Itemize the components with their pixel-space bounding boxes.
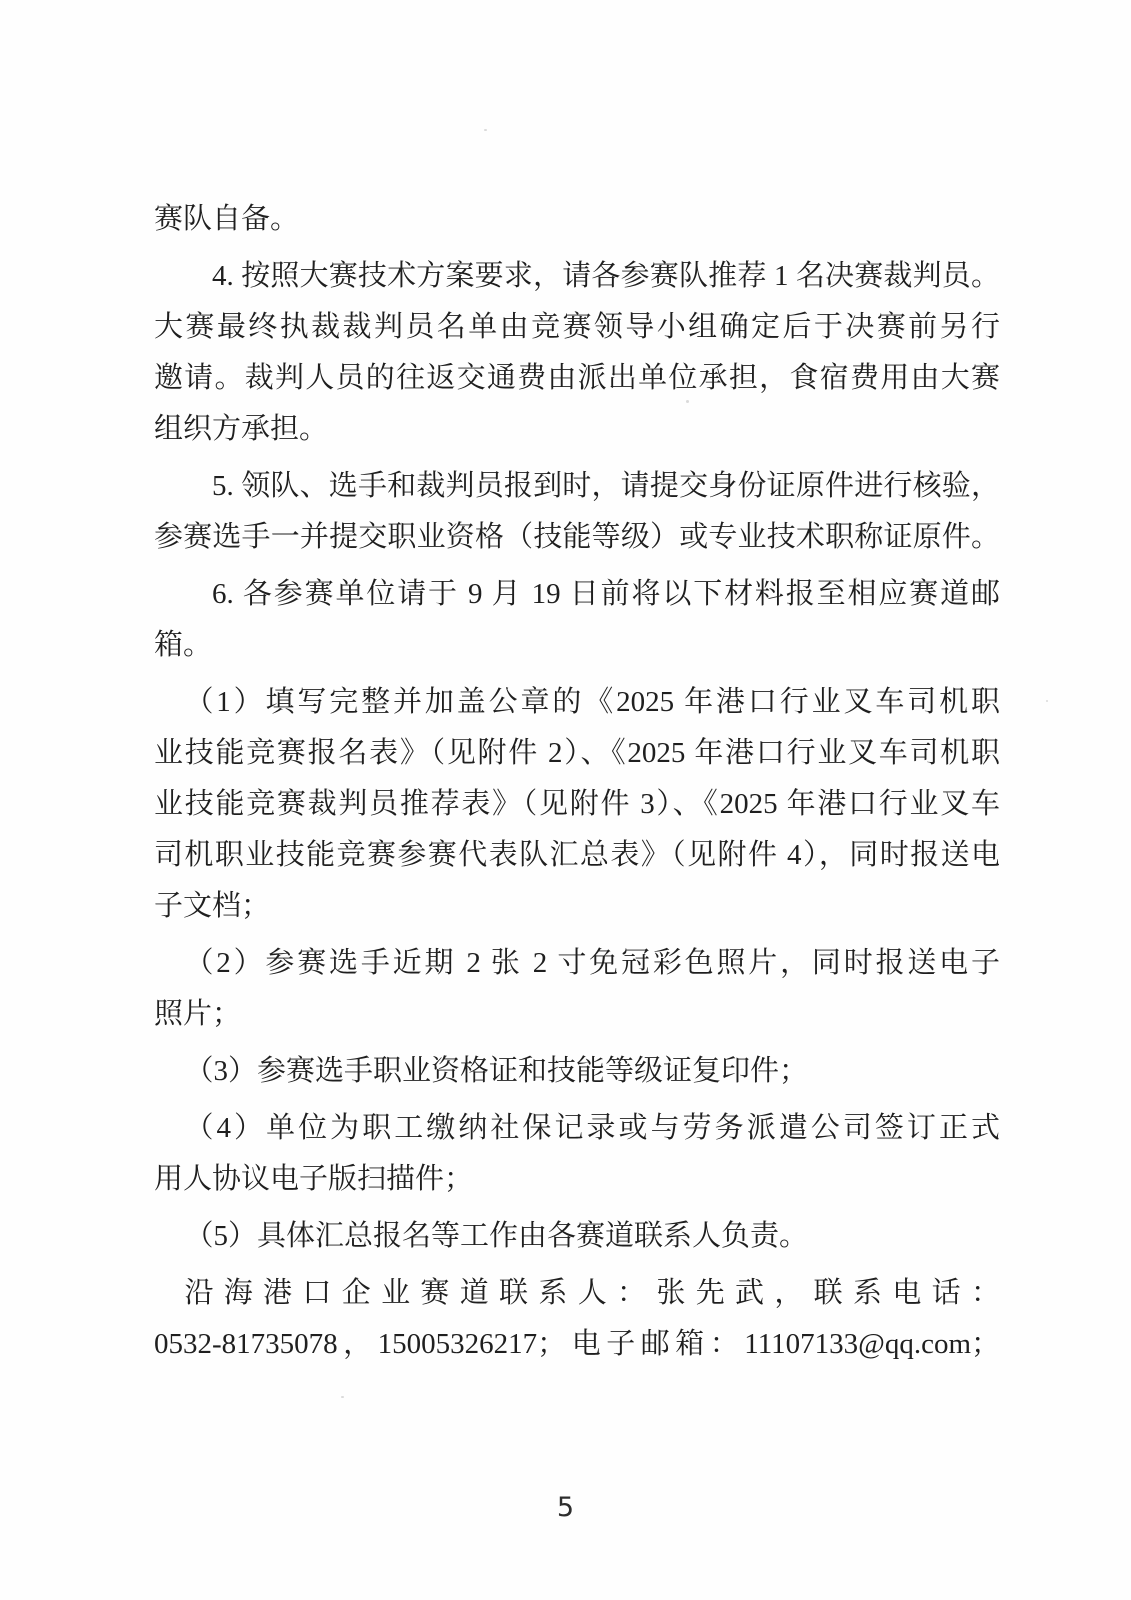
paragraph-item-4: 4. 按照大赛技术方案要求，请各参赛队推荐 1 名决赛裁判员。大赛最终执裁裁判员… <box>154 251 1000 455</box>
paragraph-item-6-sub-2: （2）参赛选手近期 2 张 2 寸免冠彩色照片，同时报送电子照片； <box>154 938 1000 1040</box>
text-line: 用人协议电子版扫描件； <box>154 1154 1000 1205</box>
text-line: 6. 各参赛单位请于 9 月 19 日前将以下材料报至相应赛道邮 <box>154 569 1000 620</box>
scan-speckle <box>341 1396 344 1398</box>
text-line: 0532-81735078，15005326217；电子邮箱：11107133@… <box>154 1319 1000 1370</box>
paragraph-contact: 沿海港口企业赛道联系人：张先武，联系电话：0532-81735078，15005… <box>154 1268 1000 1370</box>
paragraph-item-5: 5. 领队、选手和裁判员报到时，请提交身份证原件进行核验，参赛选手一并提交职业资… <box>154 461 1000 563</box>
text-line: 参赛选手一并提交职业资格（技能等级）或专业技术职称证原件。 <box>154 512 1000 563</box>
text-line: 组织方承担。 <box>154 404 1000 455</box>
text-line: 赛队自备。 <box>154 194 1000 245</box>
text-line: 业技能竞赛裁判员推荐表》（见附件 3）、《2025 年港口行业叉车 <box>154 779 1000 830</box>
document-text: 赛队自备。4. 按照大赛技术方案要求，请各参赛队推荐 1 名决赛裁判员。大赛最终… <box>154 194 1000 1370</box>
text-line: （3）参赛选手职业资格证和技能等级证复印件； <box>154 1046 1000 1097</box>
paragraph-item-6-sub-3: （3）参赛选手职业资格证和技能等级证复印件； <box>154 1046 1000 1097</box>
text-line: 照片； <box>154 989 1000 1040</box>
paragraph-carryover: 赛队自备。 <box>154 194 1000 245</box>
text-line: （4）单位为职工缴纳社保记录或与劳务派遣公司签订正式 <box>154 1103 1000 1154</box>
text-line: 业技能竞赛报名表》（见附件 2）、《2025 年港口行业叉车司机职 <box>154 728 1000 779</box>
scan-speckle <box>686 400 689 403</box>
paragraph-item-6: 6. 各参赛单位请于 9 月 19 日前将以下材料报至相应赛道邮箱。 <box>154 569 1000 671</box>
paragraph-item-6-sub-1: （1）填写完整并加盖公章的《2025 年港口行业叉车司机职业技能竞赛报名表》（见… <box>154 677 1000 932</box>
text-line: 4. 按照大赛技术方案要求，请各参赛队推荐 1 名决赛裁判员。 <box>154 251 1000 302</box>
text-line: 箱。 <box>154 620 1000 671</box>
text-line: 子文档； <box>154 881 1000 932</box>
text-line: 大赛最终执裁裁判员名单由竞赛领导小组确定后于决赛前另行 <box>154 302 1000 353</box>
page-number: 5 <box>0 1492 1131 1523</box>
text-line: （2）参赛选手近期 2 张 2 寸免冠彩色照片，同时报送电子 <box>154 938 1000 989</box>
scan-speckle <box>484 129 487 131</box>
scan-speckle <box>855 577 857 579</box>
scan-speckle <box>1046 700 1048 702</box>
text-line: 邀请。裁判人员的往返交通费由派出单位承担，食宿费用由大赛 <box>154 353 1000 404</box>
text-line: （5）具体汇总报名等工作由各赛道联系人负责。 <box>154 1211 1000 1262</box>
paragraph-item-6-sub-5: （5）具体汇总报名等工作由各赛道联系人负责。 <box>154 1211 1000 1262</box>
scanned-document-page: 赛队自备。4. 按照大赛技术方案要求，请各参赛队推荐 1 名决赛裁判员。大赛最终… <box>0 0 1131 1600</box>
text-line: （1）填写完整并加盖公章的《2025 年港口行业叉车司机职 <box>154 677 1000 728</box>
text-line: 司机职业技能竞赛参赛代表队汇总表》（见附件 4），同时报送电 <box>154 830 1000 881</box>
text-line: 5. 领队、选手和裁判员报到时，请提交身份证原件进行核验， <box>154 461 1000 512</box>
paragraph-item-6-sub-4: （4）单位为职工缴纳社保记录或与劳务派遣公司签订正式用人协议电子版扫描件； <box>154 1103 1000 1205</box>
text-line: 沿海港口企业赛道联系人：张先武，联系电话： <box>154 1268 1000 1319</box>
